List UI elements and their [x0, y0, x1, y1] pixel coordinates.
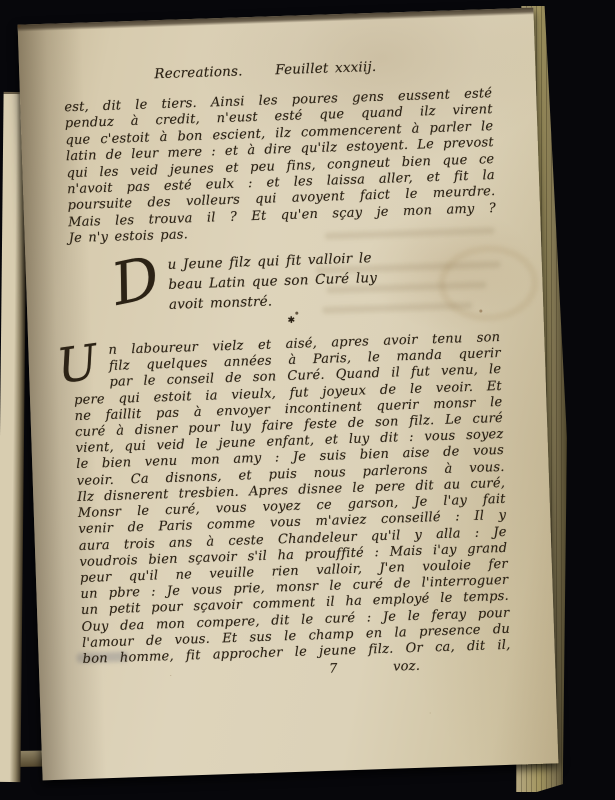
- foxing-specks: [18, 25, 21, 28]
- catchword: voz.: [393, 659, 420, 676]
- book-page: Recreations. Feuillet xxxiij. est, dit l…: [18, 8, 559, 781]
- section-heading-lines: u Jeune filz qui fit valloir lebeau Lati…: [145, 245, 447, 315]
- signature-mark: 7: [329, 662, 338, 679]
- page-header: Recreations. Feuillet xxxiij.: [63, 55, 491, 86]
- heading-ornament: ✱: [287, 307, 447, 329]
- photograph-of-book: Recreations. Feuillet xxxiij. est, dit l…: [0, 0, 615, 800]
- drop-cap-u: U: [55, 340, 111, 381]
- drop-cap-d: D: [108, 252, 171, 305]
- paragraph-continuation: est, dit le tiers. Ainsi les poures gens…: [64, 86, 497, 248]
- section-heading: D u Jeune filz qui fit valloir lebeau La…: [145, 245, 447, 333]
- story-paragraph-lines: n laboureur vielz et aisé, apres avoir t…: [72, 330, 511, 668]
- printed-text-block: Recreations. Feuillet xxxiij. est, dit l…: [63, 55, 511, 688]
- folio-number: Feuillet xxxiij.: [275, 59, 377, 79]
- running-title: Recreations.: [154, 63, 243, 82]
- story-paragraph: U n laboureur vielz et aisé, apres avoir…: [72, 330, 511, 668]
